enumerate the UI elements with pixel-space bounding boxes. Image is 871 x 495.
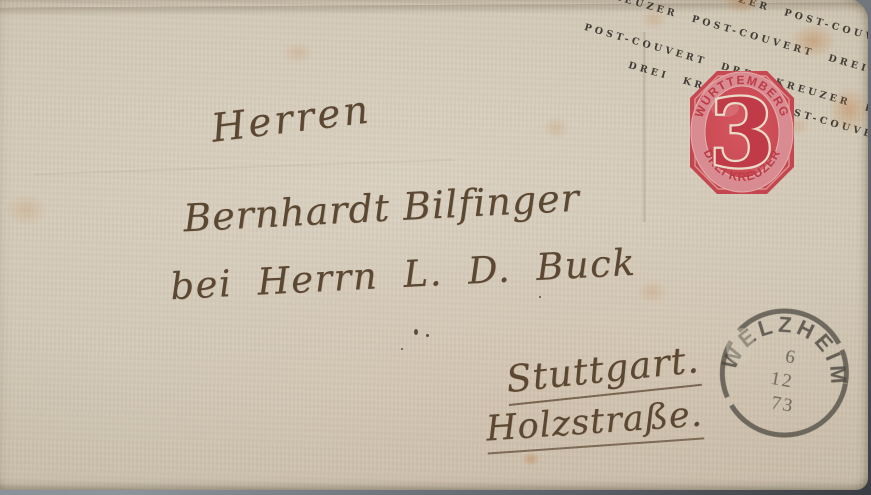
ink-speck [401, 348, 403, 350]
address-line-salutation: Herren [209, 87, 374, 151]
postmark-month: 12 [769, 368, 795, 393]
postage-stamp: WÜRTTEMBERG DREI KREUZER 3 [687, 68, 797, 197]
address-line-name: Bernhardt Bilfinger [182, 176, 581, 241]
foxing-stain [542, 116, 570, 140]
postmark-graphic: WELZHEIM 6 12 73 [699, 294, 868, 456]
address-line-care-of: bei Herrn L. D. Buck [169, 241, 637, 308]
paper-crease [34, 157, 454, 176]
envelope: DREI KREUZER POST-COUVERT DREI KREUZER P… [0, 0, 868, 490]
foxing-stain [522, 452, 540, 466]
ink-speck [414, 329, 418, 335]
photo-background: DREI KREUZER POST-COUVERT DREI KREUZER P… [0, 0, 871, 495]
ink-speck [539, 296, 541, 298]
stamp-graphic: WÜRTTEMBERG DREI KREUZER 3 [687, 68, 797, 197]
ink-speck [426, 334, 429, 337]
foxing-stain [636, 280, 668, 304]
postmark-day: 6 [784, 346, 799, 369]
postmark-year: 73 [770, 392, 796, 417]
foxing-stain [282, 42, 314, 64]
foxing-stain [4, 194, 48, 226]
flap-crease [642, 32, 647, 222]
postmark: WELZHEIM 6 12 73 [699, 294, 868, 456]
stamp-value: 3 [709, 79, 774, 189]
